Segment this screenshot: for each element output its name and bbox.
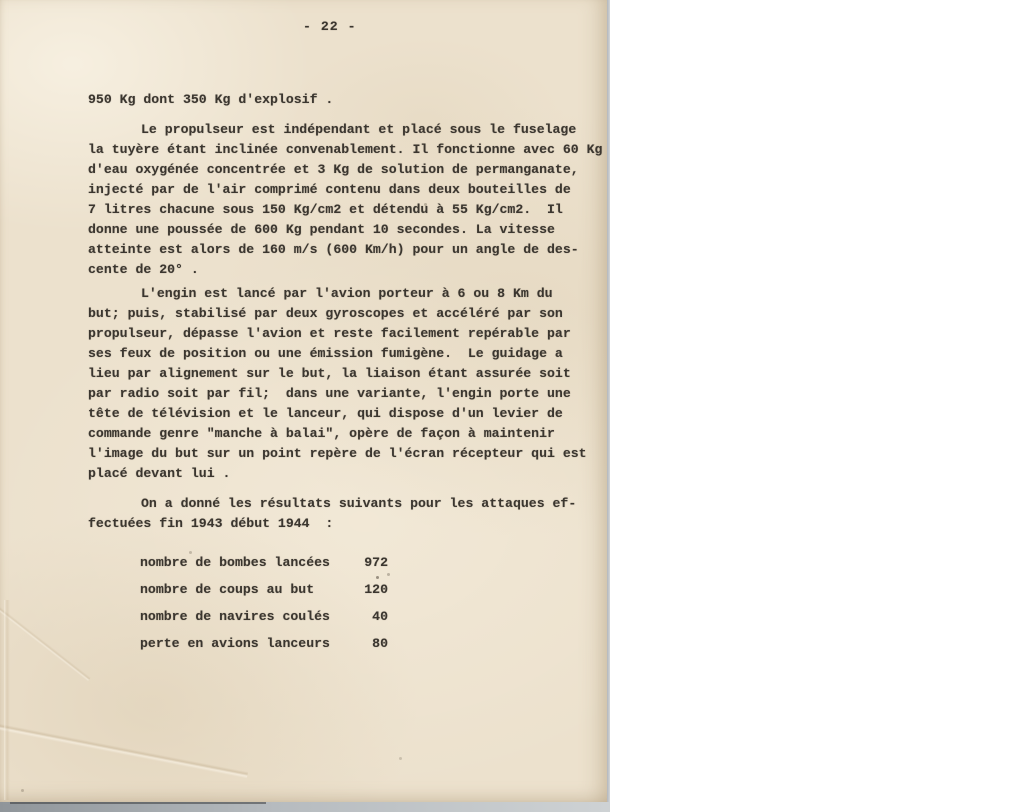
text-line: donne une poussée de 600 Kg pendant 10 s… — [88, 220, 602, 240]
paragraph: Le propulseur est indépendant et placé s… — [88, 120, 602, 280]
text-line: fectuées fin 1943 début 1944 : — [88, 514, 576, 534]
row-label: perte en avions lanceurs — [140, 634, 360, 661]
row-value: 40 — [360, 607, 388, 634]
text-line: propulseur, dépasse l'avion et reste fac… — [88, 324, 587, 344]
page-number: - 22 - — [303, 19, 356, 34]
row-label: nombre de bombes lancées — [140, 553, 360, 580]
row-value: 972 — [360, 553, 388, 580]
text-line: par radio soit par fil; dans une variant… — [88, 384, 587, 404]
text-line: ses feux de position ou une émission fum… — [88, 344, 587, 364]
table-row: nombre de bombes lancées 972 — [140, 553, 388, 580]
text-line: tête de télévision et le lanceur, qui di… — [88, 404, 587, 424]
paper-speck — [387, 573, 390, 576]
scanner-bed-strip — [0, 802, 610, 812]
text-line: lieu par alignement sur le but, la liais… — [88, 364, 587, 384]
text-line: but; puis, stabilisé par deux gyroscopes… — [88, 304, 587, 324]
row-label: nombre de coups au but — [140, 580, 360, 607]
text-line: d'eau oxygénée concentrée et 3 Kg de sol… — [88, 160, 602, 180]
paper-speck — [189, 551, 192, 554]
row-value: 120 — [360, 580, 388, 607]
results-table: nombre de bombes lancées 972 nombre de c… — [140, 553, 388, 661]
paper-speck — [376, 576, 379, 579]
text-line: cente de 20° . — [88, 260, 602, 280]
table-row: nombre de coups au but 120 — [140, 580, 388, 607]
paragraph: On a donné les résultats suivants pour l… — [88, 494, 576, 534]
row-value: 80 — [360, 634, 388, 661]
paper-speck — [21, 789, 24, 792]
text-line: placé devant lui . — [88, 464, 587, 484]
scanner-page-edge — [607, 0, 610, 807]
scan-stage: - 22 - 950 Kg dont 350 Kg d'explosif . L… — [0, 0, 1023, 812]
text-line: commande genre "manche à balai", opère d… — [88, 424, 587, 444]
table-row: perte en avions lanceurs 80 — [140, 634, 388, 661]
text-line: 950 Kg dont 350 Kg d'explosif . — [88, 90, 333, 110]
text-line: injecté par de l'air comprimé contenu da… — [88, 180, 602, 200]
text-line: 7 litres chacune sous 150 Kg/cm2 et déte… — [88, 200, 602, 220]
scanned-page: - 22 - 950 Kg dont 350 Kg d'explosif . L… — [0, 0, 607, 802]
text-line: l'image du but sur un point repère de l'… — [88, 444, 587, 464]
paper-speck — [424, 203, 427, 206]
paragraph: 950 Kg dont 350 Kg d'explosif . — [88, 90, 333, 110]
row-label: nombre de navires coulés — [140, 607, 360, 634]
table-row: nombre de navires coulés 40 — [140, 607, 388, 634]
paragraph: L'engin est lancé par l'avion porteur à … — [88, 284, 587, 484]
text-line: Le propulseur est indépendant et placé s… — [88, 120, 602, 140]
paper-crease — [0, 604, 91, 682]
text-line: L'engin est lancé par l'avion porteur à … — [88, 284, 587, 304]
text-line: la tuyère étant inclinée convenablement.… — [88, 140, 602, 160]
paper-crease — [4, 600, 10, 800]
text-line: atteinte est alors de 160 m/s (600 Km/h)… — [88, 240, 602, 260]
text-line: On a donné les résultats suivants pour l… — [88, 494, 576, 514]
paper-crease — [0, 718, 248, 778]
paper-speck — [399, 757, 402, 760]
